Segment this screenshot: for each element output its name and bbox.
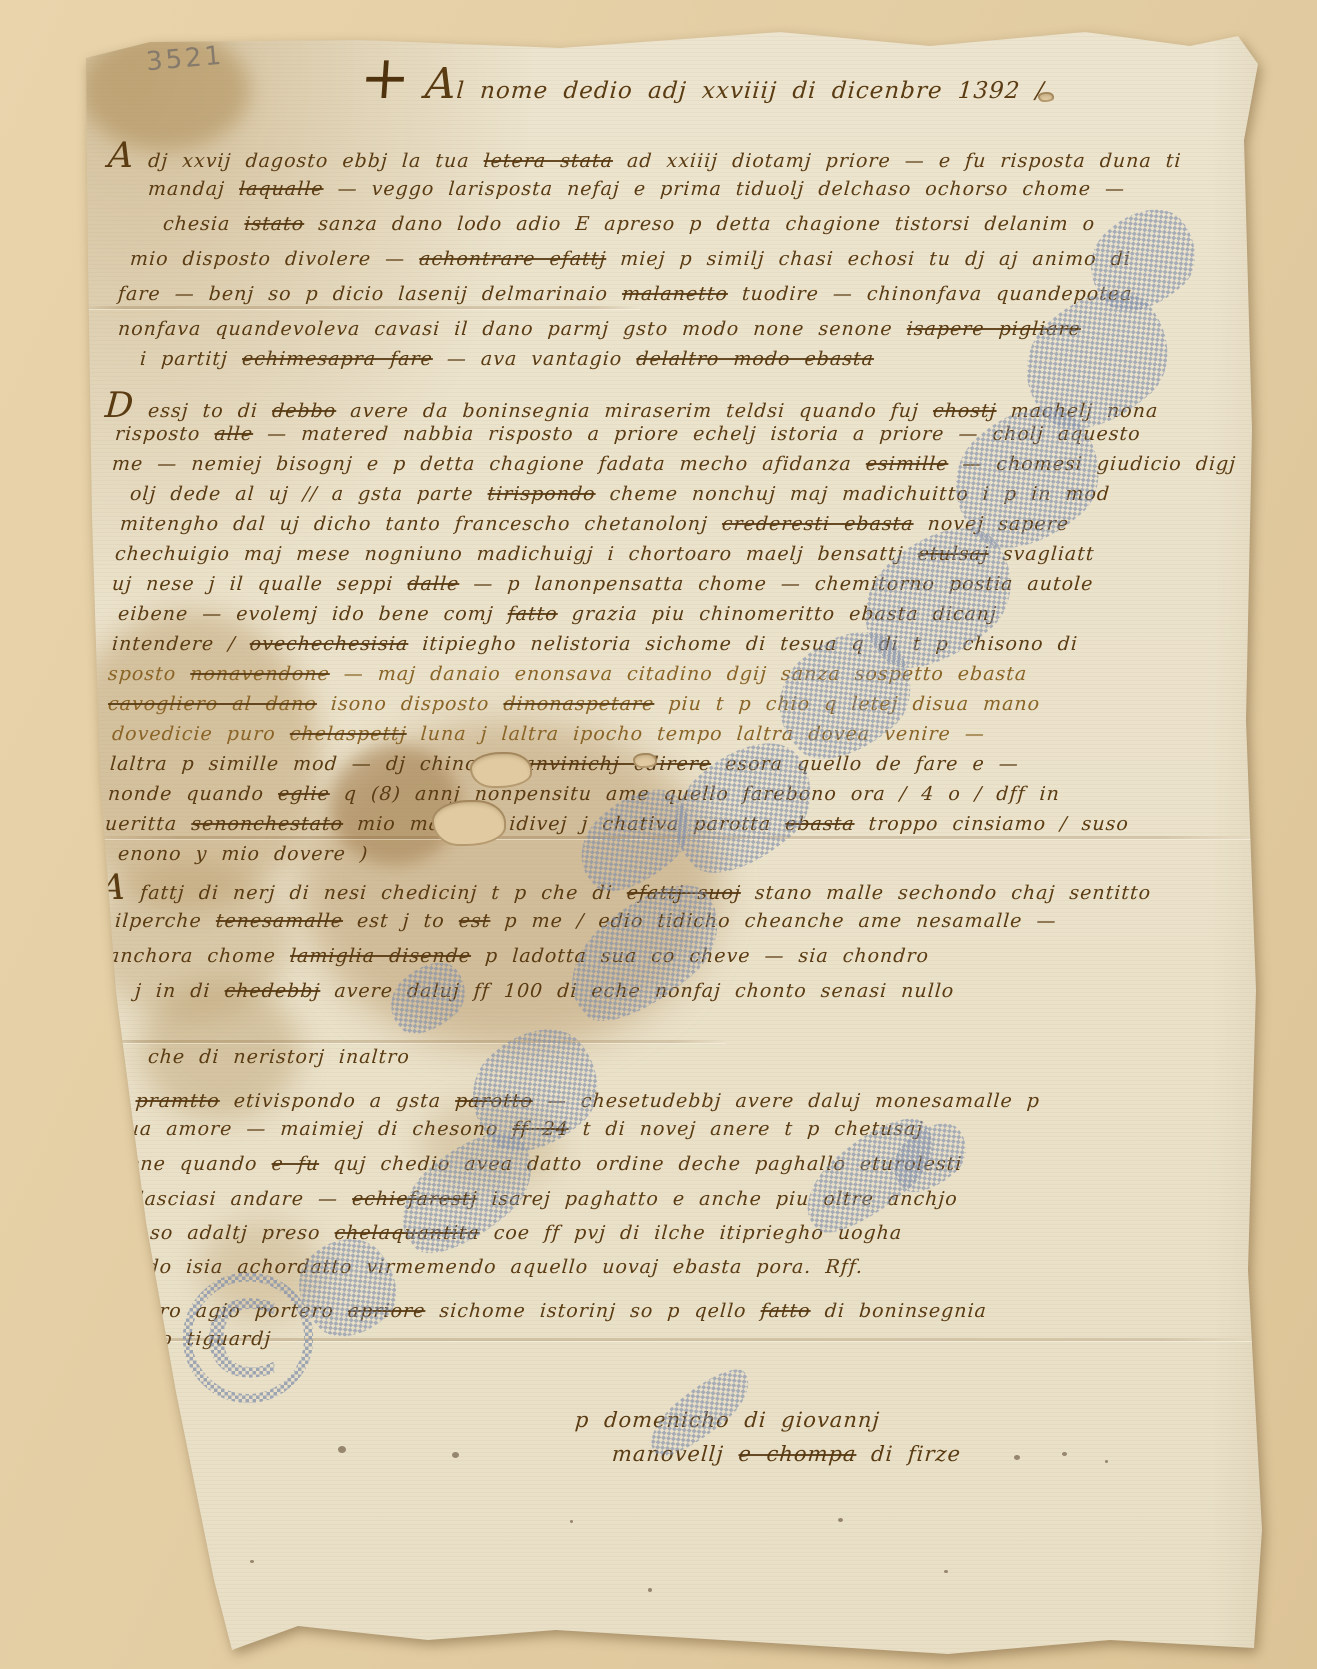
letter-line: A dj xxvij dagosto ebbj la tua letera st…: [107, 145, 1182, 171]
paper-shadow: 3521 +Al nome dedio adj xxviiij di dicen…: [0, 0, 1317, 1669]
ink-speck: [338, 1446, 346, 1453]
letter-line: i partitj echimesapra fare — ava vantagi…: [139, 350, 874, 369]
paper-hole: [1038, 92, 1054, 102]
paper-hole: [432, 800, 506, 846]
letter-line: fare — benj so p dicio lasenij delmarina…: [117, 285, 1133, 304]
letter-line: ilperche tenesamalle est j to est p me /…: [114, 912, 1057, 931]
letter-line: anchora chome lamiglia disende p ladotta…: [107, 947, 929, 966]
letter-line: nonfava quandevoleva cavasi il dano parm…: [117, 320, 1081, 339]
letter-line: D essj to di debbo avere da boninsegnia …: [104, 395, 1159, 421]
header-dateline: Al nome dedio adj xxviiij di dicenbre 13…: [424, 72, 1046, 103]
ink-speck: [570, 1520, 573, 1523]
paper-sheet: 3521 +Al nome dedio adj xxviiij di dicen…: [0, 0, 1317, 1669]
ink-speck: [648, 1588, 652, 1592]
ink-speck: [1014, 1455, 1020, 1460]
ink-speck: [838, 1518, 843, 1522]
paper-hole: [470, 752, 532, 788]
letter-line: enono y mio dovere ): [117, 845, 369, 864]
ink-speck: [1062, 1452, 1067, 1456]
paper-hole: [633, 753, 657, 768]
letter-line: j in di chedebbj avere daluj ff 100 di e…: [134, 982, 955, 1001]
ink-speck: [944, 1570, 948, 1573]
ink-speck: [452, 1452, 459, 1458]
letter-line: mandaj laqualle — veggo larisposta nefaj…: [147, 180, 1125, 199]
ink-speck: [1105, 1460, 1108, 1463]
letter-line: laltra p simille mod — dj chinonj vanvin…: [109, 755, 1019, 774]
letter-line: nonde quando eglie q (8) annj nonpensitu…: [107, 785, 1060, 804]
letter-line: mio disposto divolere — achontrare efatt…: [129, 250, 1131, 269]
letter-line: che di neristorj inaltro: [147, 1048, 410, 1067]
cross-mark: +: [358, 48, 412, 108]
ink-speck: [250, 1560, 254, 1563]
letter-line: mitengho dal uj dicho tanto francescho c…: [119, 515, 1069, 534]
letter-line: chesia istato sanza dano lodo adio E apr…: [162, 215, 1095, 234]
scan-stage: 3521 +Al nome dedio adj xxviiij di dicen…: [0, 0, 1317, 1669]
